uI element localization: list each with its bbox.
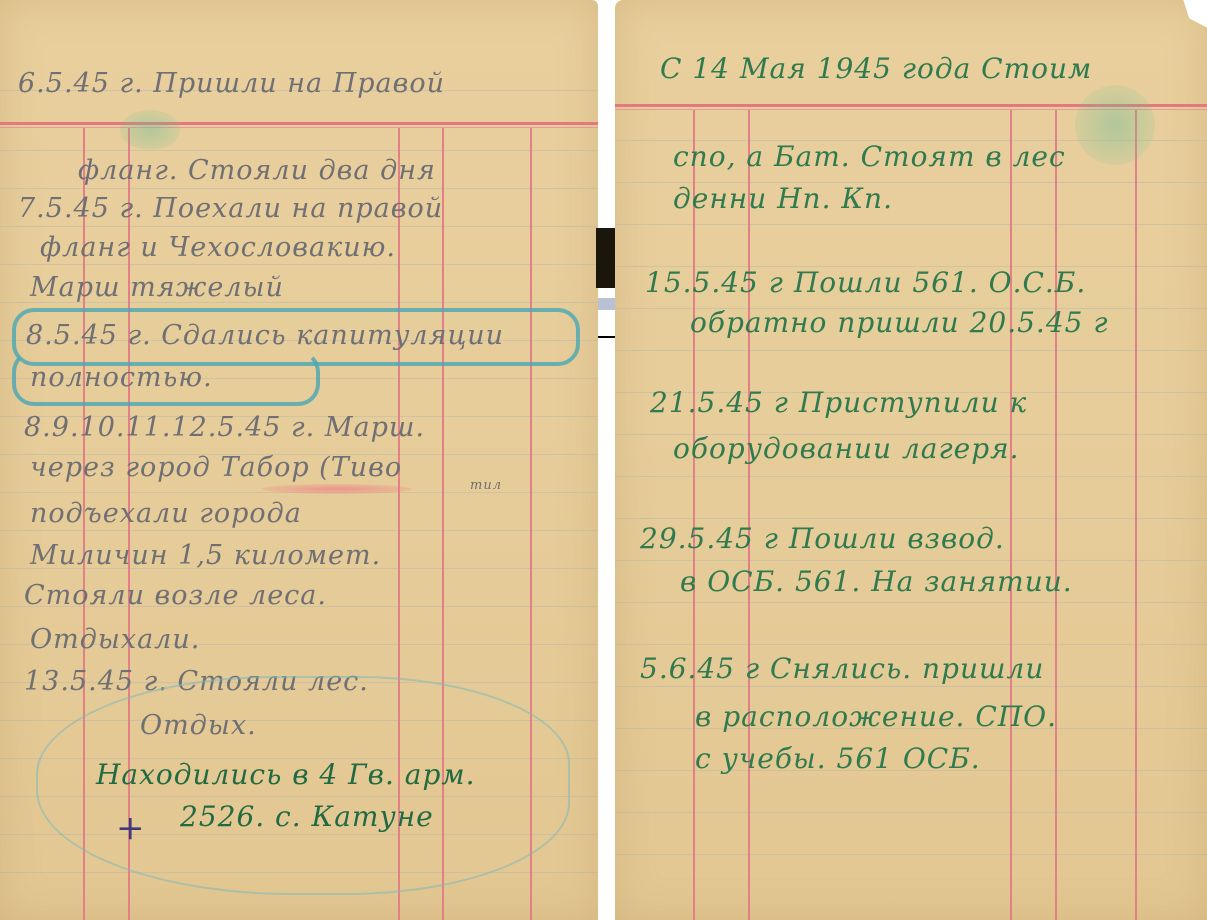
diary-line: с учебы. 561 ОСБ. bbox=[695, 742, 981, 775]
scan-gap bbox=[598, 298, 616, 310]
diary-line: через город Табор (Тиво bbox=[30, 452, 402, 483]
right-notebook-page: С 14 Мая 1945 года Стоим спо, а Бат. Сто… bbox=[615, 0, 1207, 920]
red-column-line bbox=[748, 110, 750, 920]
diary-line: 21.5.45 г Приступили к bbox=[650, 386, 1027, 419]
green-ink-note: Находились в 4 Гв. арм. bbox=[96, 758, 476, 791]
diary-line: оборудовании лагеря. bbox=[673, 432, 1020, 465]
diary-line: 5.6.45 г Снялись. пришли bbox=[640, 652, 1044, 685]
diary-line: 8.9.10.11.12.5.45 г. Марш. bbox=[24, 412, 425, 443]
ink-smudge bbox=[120, 110, 180, 150]
diary-line: 15.5.45 г Пошли 561. О.С.Б. bbox=[645, 266, 1086, 299]
diary-line: в ОСБ. 561. На занятии. bbox=[680, 565, 1073, 598]
ruled-line bbox=[615, 476, 1207, 477]
ruled-line bbox=[615, 854, 1207, 855]
diary-line: С 14 Мая 1945 года Стоим bbox=[660, 52, 1092, 85]
ruled-line bbox=[0, 226, 598, 227]
red-column-line bbox=[1055, 110, 1057, 920]
diary-line: денни Нп. Кп. bbox=[673, 182, 893, 215]
ruled-line bbox=[615, 812, 1207, 813]
diary-line: 6.5.45 г. Пришли на Правой bbox=[18, 68, 445, 99]
blue-check-mark: + bbox=[116, 808, 146, 848]
scan-gap bbox=[596, 228, 616, 288]
diary-line: Марш тяжелый bbox=[30, 272, 284, 303]
red-column-line bbox=[1135, 110, 1137, 920]
diary-line: фланг и Чехословакию. bbox=[40, 232, 396, 263]
diary-line: 7.5.45 г. Поехали на правой bbox=[18, 193, 443, 224]
diary-line: обратно пришли 20.5.45 г bbox=[690, 306, 1109, 339]
superscript-note: тил bbox=[470, 478, 502, 493]
diary-line: фланг. Стояли два дня bbox=[78, 155, 436, 186]
diary-line: 29.5.45 г Пошли взвод. bbox=[640, 522, 1005, 555]
diary-line: спо, а Бат. Стоят в лес bbox=[673, 140, 1066, 173]
diary-line: Миличин 1,5 километ. bbox=[30, 540, 381, 571]
diary-line: Отдыхали. bbox=[30, 624, 200, 655]
red-pencil-mark bbox=[262, 484, 412, 494]
red-column-line bbox=[693, 110, 695, 920]
ruled-line bbox=[0, 530, 598, 531]
ruled-line bbox=[615, 686, 1207, 687]
green-ink-note: 2526. с. Катуне bbox=[180, 800, 434, 833]
ink-smudge bbox=[1075, 85, 1155, 165]
ruled-line bbox=[0, 150, 598, 151]
red-column-line bbox=[1010, 110, 1012, 920]
scan-gap bbox=[598, 336, 616, 338]
diary-line: полностью. bbox=[30, 362, 213, 393]
diary-line: Стояли возле леса. bbox=[24, 580, 327, 611]
ruled-line bbox=[615, 644, 1207, 645]
red-margin-line bbox=[0, 122, 598, 128]
ruled-line bbox=[0, 264, 598, 265]
ruled-line bbox=[615, 560, 1207, 561]
diary-line: подъехали города bbox=[30, 498, 302, 529]
ruled-line bbox=[615, 350, 1207, 351]
ruled-line bbox=[615, 602, 1207, 603]
ruled-line bbox=[0, 188, 598, 189]
ruled-line bbox=[615, 224, 1207, 225]
diary-line: 8.5.45 г. Сдались капитуляции bbox=[26, 320, 504, 351]
ruled-line bbox=[615, 518, 1207, 519]
diary-line: в расположение. СПО. bbox=[695, 700, 1057, 733]
left-notebook-page: 6.5.45 г. Пришли на Правой фланг. Стояли… bbox=[0, 0, 598, 920]
